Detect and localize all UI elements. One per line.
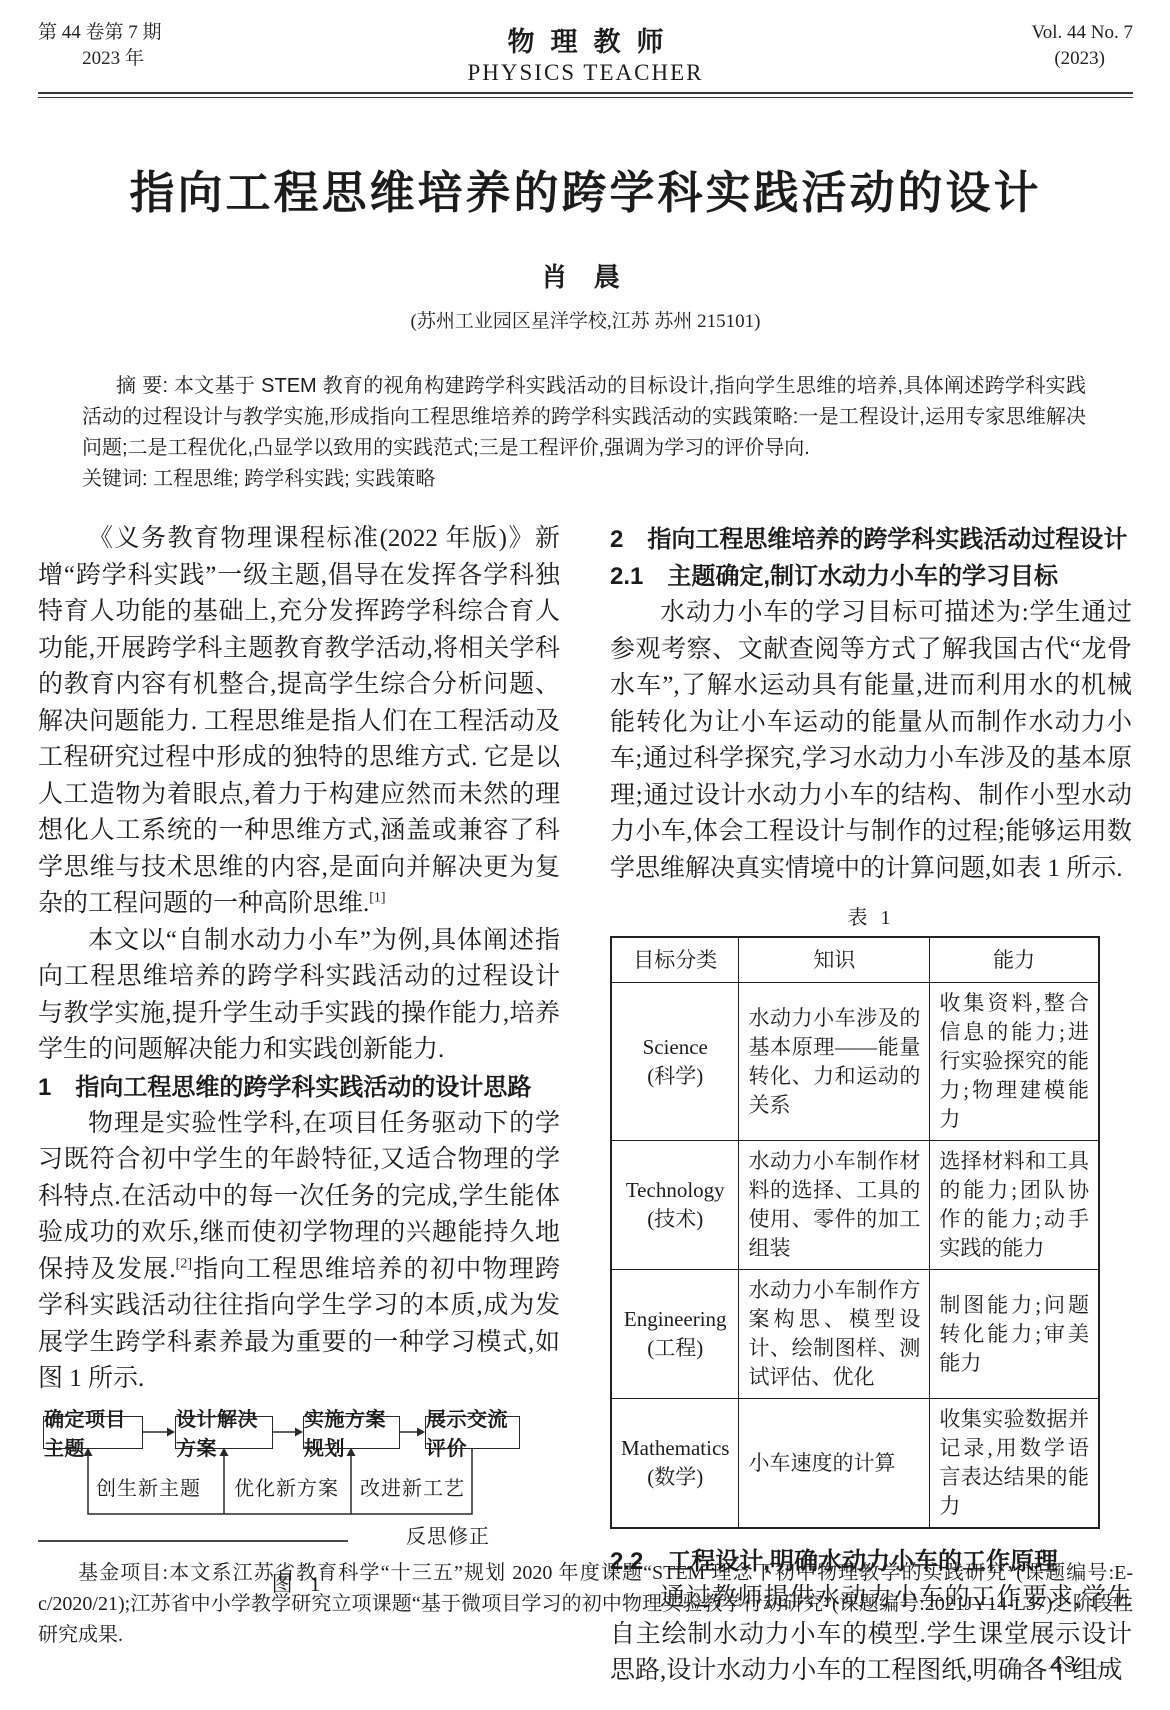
funding-footnote: 基金项目:本文系江苏省教育科学“十三五”规划 2020 年度课题“STEM 理念… (38, 1540, 1133, 1651)
journal-header: 第 44 卷第 7 期 2023 年 物理教师 PHYSICS TEACHER … (38, 20, 1133, 86)
cell-category: Technology (技术) (611, 1141, 739, 1270)
journal-volume: Vol. 44 No. 7 (2023) (913, 20, 1133, 72)
figure-1-flowchart: 确定项目主题 设计解决方案 实施方案规划 展示交流评价 创生新主题 优化新方案 … (38, 1414, 561, 1552)
paragraph: 物理是实验性学科,在项目任务驱动下的学习既符合初中学生的年龄特征,又适合物理的学… (38, 1106, 560, 1398)
paragraph: 本文以“自制水动力小车”为例,具体阐述指向工程思维培养的跨学科实践活动的过程设计… (38, 923, 560, 1069)
keywords-line: 关键词: 工程思维; 跨学科实践; 实践策略 (82, 464, 1086, 495)
article-affiliation: (苏州工业园区星洋学校,江苏 苏州 215101) (38, 306, 1133, 333)
page-number-dash: — (1006, 1652, 1032, 1679)
abstract-block: 摘 要: 本文基于 STEM 教育的视角构建跨学科实践活动的目标设计,指向学生思… (82, 371, 1086, 495)
volume-year: (2023) (913, 46, 1133, 72)
right-column: 2 指向工程思维培养的跨学科实践活动过程设计 2.1 主题确定,制订水动力小车的… (610, 521, 1132, 1690)
page-number-dash: — (1096, 1652, 1122, 1679)
table-header-row: 目标分类 知识 能力 (611, 937, 1099, 983)
flow-feedback-label-2: 优化新方案 (234, 1472, 339, 1501)
section-heading-2: 2 指向工程思维培养的跨学科实践活动过程设计 (610, 521, 1132, 558)
issue-volume: 第 44 卷第 7 期 (38, 20, 258, 46)
table-header-category: 目标分类 (611, 937, 739, 983)
table-header-knowledge: 知识 (739, 937, 930, 983)
section-heading-2-1: 2.1 主题确定,制订水动力小车的学习目标 (610, 558, 1132, 595)
flow-step-4: 展示交流评价 (425, 1416, 520, 1449)
header-divider (38, 92, 1133, 98)
table-row: Technology (技术) 水动力小车制作材料的选择、工具的使用、零件的加工… (611, 1141, 1099, 1270)
page-number: — 43 — (1006, 1652, 1122, 1679)
cell-ability: 制图能力;问题转化能力;审美能力 (930, 1270, 1099, 1399)
page-number-value: 43 (1050, 1652, 1078, 1679)
flow-feedback-label-3: 改进新工艺 (360, 1472, 465, 1501)
volume-line: Vol. 44 No. 7 (913, 20, 1133, 46)
cell-knowledge: 水动力小车制作材料的选择、工具的使用、零件的加工组装 (739, 1141, 930, 1270)
flow-step-3: 实施方案规划 (303, 1416, 400, 1449)
table-row: Engineering (工程) 水动力小车制作方案构思、模型设计、绘制图样、测… (611, 1270, 1099, 1399)
paragraph-text: 《义务教育物理课程标准(2022 年版)》新增“跨学科实践”一级主题,倡导在发挥… (38, 525, 560, 917)
paragraph: 水动力小车的学习目标可描述为:学生通过参观考察、文献查阅等方式了解我国古代“龙骨… (610, 595, 1132, 887)
article-author: 肖 晨 (38, 257, 1133, 294)
table-1-caption: 表 1 (610, 901, 1132, 930)
citation-ref-1: [1] (369, 891, 385, 906)
abstract-text: 摘 要: 本文基于 STEM 教育的视角构建跨学科实践活动的目标设计,指向学生思… (82, 371, 1086, 464)
footnote-divider (38, 1540, 348, 1542)
table-row: Mathematics (数学) 小车速度的计算 收集实验数据并记录,用数学语言… (611, 1399, 1099, 1529)
article-body: 《义务教育物理课程标准(2022 年版)》新增“跨学科实践”一级主题,倡导在发挥… (38, 521, 1133, 1690)
table-row: Science (科学) 水动力小车涉及的基本原理——能量转化、力和运动的关系 … (611, 983, 1099, 1141)
paper-page: { "journal": { "issue_line1": "第 44 卷第 7… (0, 0, 1170, 1710)
article-title: 指向工程思维培养的跨学科实践活动的设计 (38, 156, 1133, 221)
issue-year: 2023 年 (38, 46, 188, 72)
citation-ref-2: [2] (176, 1256, 192, 1271)
cell-category: Engineering (工程) (611, 1270, 739, 1399)
journal-issue: 第 44 卷第 7 期 2023 年 (38, 20, 258, 72)
paragraph: 《义务教育物理课程标准(2022 年版)》新增“跨学科实践”一级主题,倡导在发挥… (38, 521, 560, 923)
journal-name-en: PHYSICS TEACHER (468, 60, 704, 86)
flow-feedback-label-1: 创生新主题 (96, 1472, 201, 1501)
cell-category: Science (科学) (611, 983, 739, 1141)
cell-knowledge: 小车速度的计算 (739, 1399, 930, 1529)
table-1: 目标分类 知识 能力 Science (科学) 水动力小车涉及的基本原理——能量… (610, 936, 1100, 1529)
left-column: 《义务教育物理课程标准(2022 年版)》新增“跨学科实践”一级主题,倡导在发挥… (38, 521, 560, 1690)
cell-knowledge: 水动力小车涉及的基本原理——能量转化、力和运动的关系 (739, 983, 930, 1141)
cell-knowledge: 水动力小车制作方案构思、模型设计、绘制图样、测试评估、优化 (739, 1270, 930, 1399)
footnote-text: 基金项目:本文系江苏省教育科学“十三五”规划 2020 年度课题“STEM 理念… (38, 1558, 1133, 1651)
journal-name: 物理教师 PHYSICS TEACHER (468, 20, 704, 86)
cell-ability: 选择材料和工具的能力;团队协作的能力;动手实践的能力 (930, 1141, 1099, 1270)
cell-ability: 收集实验数据并记录,用数学语言表达结果的能力 (930, 1399, 1099, 1529)
cell-ability: 收集资料,整合信息的能力;进行实验探究的能力;物理建模能力 (930, 983, 1099, 1141)
journal-name-cn: 物理教师 (468, 20, 704, 59)
flow-step-1: 确定项目主题 (43, 1416, 143, 1449)
cell-category: Mathematics (数学) (611, 1399, 739, 1529)
section-heading-1: 1 指向工程思维的跨学科实践活动的设计思路 (38, 1069, 560, 1106)
table-header-ability: 能力 (930, 937, 1099, 983)
flow-step-2: 设计解决方案 (175, 1416, 273, 1449)
